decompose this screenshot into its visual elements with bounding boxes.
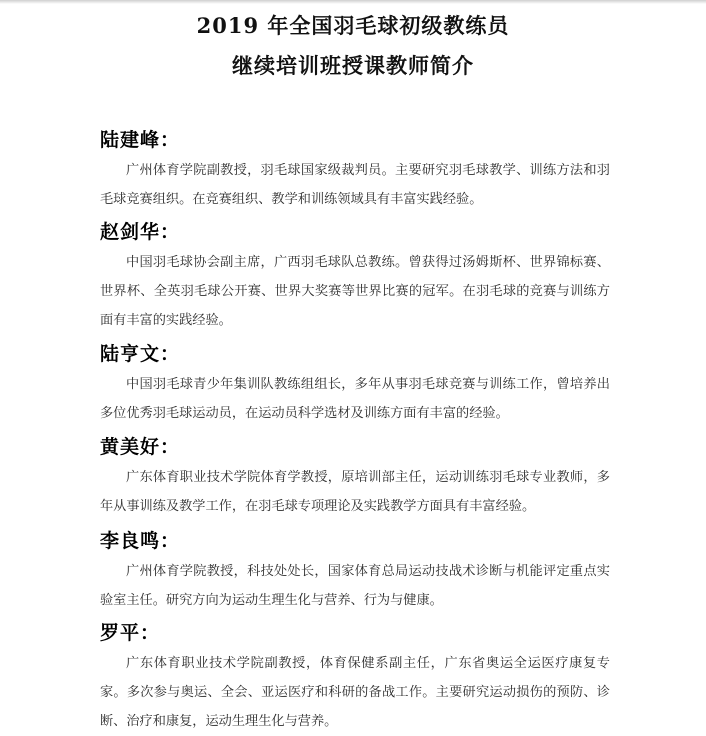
instructor-bio: 广东体育职业技术学院副教授，体育保健系副主任，广东省奥运全运医疗康复专家。多次参… — [100, 649, 610, 736]
window-top-edge — [0, 0, 706, 4]
instructor-section-4: 黄美好： 广东体育职业技术学院体育学教授，原培训部主任，运动训练羽毛球专业教师，… — [100, 433, 610, 521]
instructor-name: 黄美好： — [100, 433, 610, 461]
instructor-bio: 中国羽毛球协会副主席，广西羽毛球队总教练。曾获得过汤姆斯杯、世界锦标赛、世界杯、… — [100, 248, 610, 335]
instructor-bio: 广州体育学院副教授，羽毛球国家级裁判员。主要研究羽毛球教学、训练方法和羽毛球竞赛… — [100, 156, 610, 214]
instructor-bio: 广东体育职业技术学院体育学教授，原培训部主任，运动训练羽毛球专业教师，多年从事训… — [100, 463, 610, 521]
instructor-name: 赵剑华： — [100, 218, 610, 246]
instructor-section-1: 陆建峰： 广州体育学院副教授，羽毛球国家级裁判员。主要研究羽毛球教学、训练方法和… — [100, 126, 610, 214]
instructor-section-3: 陆亨文： 中国羽毛球青少年集训队教练组组长，多年从事羽毛球竞赛与训练工作，曾培养… — [100, 340, 610, 428]
instructor-name: 罗平： — [100, 619, 610, 647]
instructor-section-6: 罗平： 广东体育职业技术学院副教授，体育保健系副主任，广东省奥运全运医疗康复专家… — [100, 619, 610, 736]
document-title-line-2: 继续培训班授课教师简介 — [0, 50, 706, 80]
instructor-section-2: 赵剑华： 中国羽毛球协会副主席，广西羽毛球队总教练。曾获得过汤姆斯杯、世界锦标赛… — [100, 218, 610, 335]
instructor-name: 李良鸣： — [100, 527, 610, 555]
document-title-line-1: 2019 年全国羽毛球初级教练员 — [0, 10, 706, 40]
instructor-section-5: 李良鸣： 广州体育学院教授，科技处处长，国家体育总局运动技战术诊断与机能评定重点… — [100, 527, 610, 615]
instructor-name: 陆亨文： — [100, 340, 610, 368]
instructor-bio: 中国羽毛球青少年集训队教练组组长，多年从事羽毛球竞赛与训练工作，曾培养出多位优秀… — [100, 370, 610, 428]
instructor-bio: 广州体育学院教授，科技处处长，国家体育总局运动技战术诊断与机能评定重点实验室主任… — [100, 557, 610, 615]
instructor-name: 陆建峰： — [100, 126, 610, 154]
